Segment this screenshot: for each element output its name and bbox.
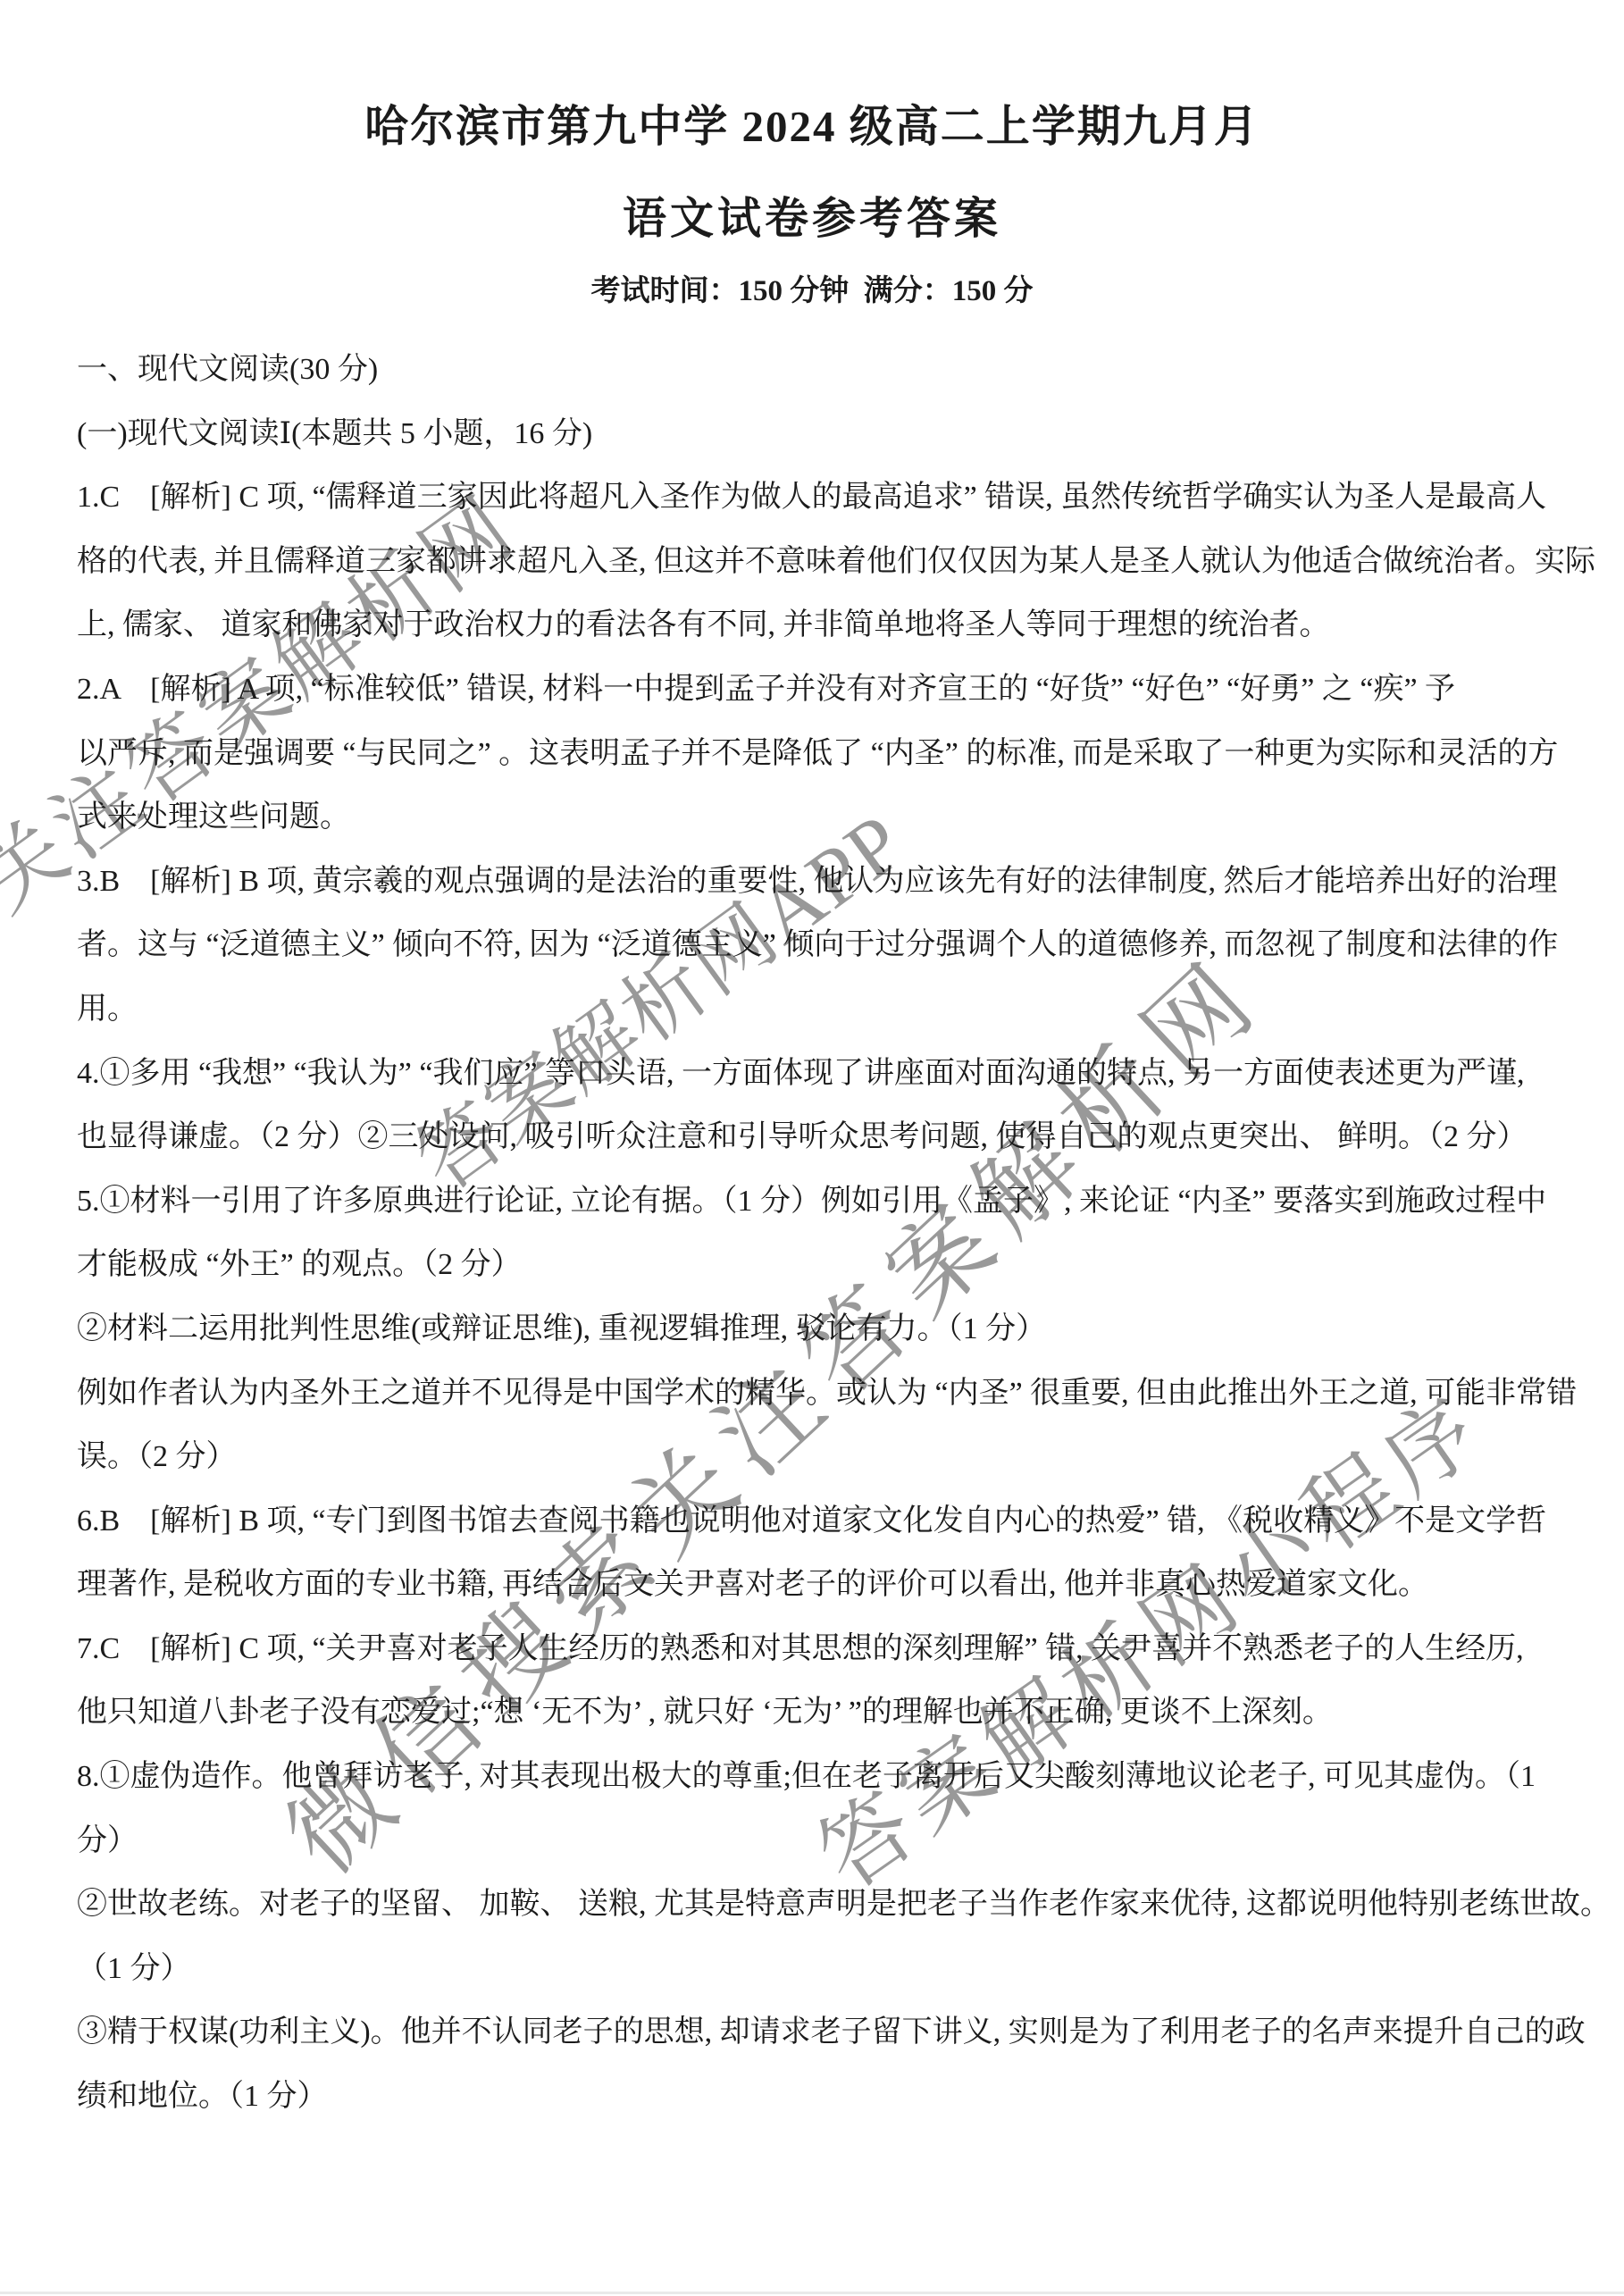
- page-subtitle: 语文试卷参考答案: [0, 184, 1624, 247]
- text-line: 4.①多用 “我想” “我认为” “我们应” 等口头语, 一方面体现了讲座面对面…: [77, 1042, 1588, 1106]
- text-line: 误。（2 分）: [77, 1425, 1588, 1489]
- text-line: 一、现代文阅读(30 分): [77, 338, 1588, 402]
- text-line: ②材料二运用批判性思维(或辩证思维), 重视逻辑推理, 驳论有力。（1 分）: [77, 1297, 1588, 1362]
- text-line: 5.①材料一引用了许多原典进行论证, 立论有据。（1 分）例如引用《孟子》, 来…: [77, 1169, 1588, 1234]
- text-line: 分）: [77, 1809, 1588, 1873]
- text-line: 6.B [解析] B 项, “专门到图书馆去查阅书籍也说明他对道家文化发自内心的…: [77, 1489, 1588, 1554]
- page-bottom-edge: [0, 2292, 1624, 2294]
- text-line: 者。这与 “泛道德主义” 倾向不符, 因为 “泛道德主义” 倾向于过分强调个人的…: [77, 913, 1588, 977]
- exam-info: 考试时间：150 分钟 满分：150 分: [0, 267, 1624, 309]
- text-line: 也显得谦虚。（2 分）②三处设问, 吸引听众注意和引导听众思考问题, 使得自己的…: [77, 1105, 1588, 1169]
- text-line: 才能极成 “外王” 的观点。（2 分）: [77, 1233, 1588, 1297]
- text-line: 格的代表, 并且儒释道三家都讲求超凡入圣, 但这并不意味着他们仅仅因为某人是圣人…: [77, 530, 1588, 594]
- exam-answer-page: 微信搜索关注答案解析网答案解析网APP微信搜索关注答案解析网答案解析网小程序 哈…: [0, 0, 1624, 2296]
- text-line: 用。: [77, 977, 1588, 1042]
- text-line: 3.B [解析] B 项, 黄宗羲的观点强调的是法治的重要性, 他认为应该先有好…: [77, 850, 1588, 914]
- text-line: 8.①虚伪造作。他曾拜访老子, 对其表现出极大的尊重;但在老子离开后又尖酸刻薄地…: [77, 1745, 1588, 1809]
- answer-lines: 一、现代文阅读(30 分)(一)现代文阅读Ⅰ(本题共 5 小题，16 分)1.C…: [77, 338, 1588, 2129]
- page-title: 哈尔滨市第九中学 2024 级高二上学期九月月: [0, 92, 1624, 155]
- text-line: 例如作者认为内圣外王之道并不见得是中国学术的精华。或认为 “内圣” 很重要, 但…: [77, 1362, 1588, 1426]
- text-line: (一)现代文阅读Ⅰ(本题共 5 小题，16 分): [77, 402, 1588, 466]
- text-line: 他只知道八卦老子没有恋爱过;“想 ‘无不为’ , 就只好 ‘无为’ ”的理解也并…: [77, 1680, 1588, 1745]
- text-line: ③精于权谋(功利主义)。他并不认同老子的思想, 却请求老子留下讲义, 实则是为了…: [77, 2000, 1588, 2065]
- document-content: 哈尔滨市第九中学 2024 级高二上学期九月月 语文试卷参考答案 考试时间：15…: [0, 0, 1624, 2296]
- text-line: （1 分）: [77, 1937, 1588, 2001]
- text-line: 2.A [解析] A 项, “标准较低” 错误, 材料一中提到孟子并没有对齐宣王…: [77, 658, 1588, 722]
- text-line: 以严斥, 而是强调要 “与民同之” 。这表明孟子并不是降低了 “内圣” 的标准,…: [77, 722, 1588, 786]
- text-line: ②世故老练。对老子的坚留、 加鞍、 送粮, 尤其是特意声明是把老子当作老作家来优…: [77, 1873, 1588, 1937]
- text-line: 上, 儒家、 道家和佛家对于政治权力的看法各有不同, 并非简单地将圣人等同于理想…: [77, 593, 1588, 658]
- text-line: 绩和地位。（1 分）: [77, 2065, 1588, 2129]
- text-line: 7.C [解析] C 项, “关尹喜对老子人生经历的熟悉和对其思想的深刻理解” …: [77, 1617, 1588, 1681]
- text-line: 式来处理这些问题。: [77, 785, 1588, 850]
- text-line: 理著作, 是税收方面的专业书籍, 再结合后文关尹喜对老子的评价可以看出, 他并非…: [77, 1553, 1588, 1617]
- text-line: 1.C [解析] C 项, “儒释道三家因此将超凡入圣作为做人的最高追求” 错误…: [77, 465, 1588, 530]
